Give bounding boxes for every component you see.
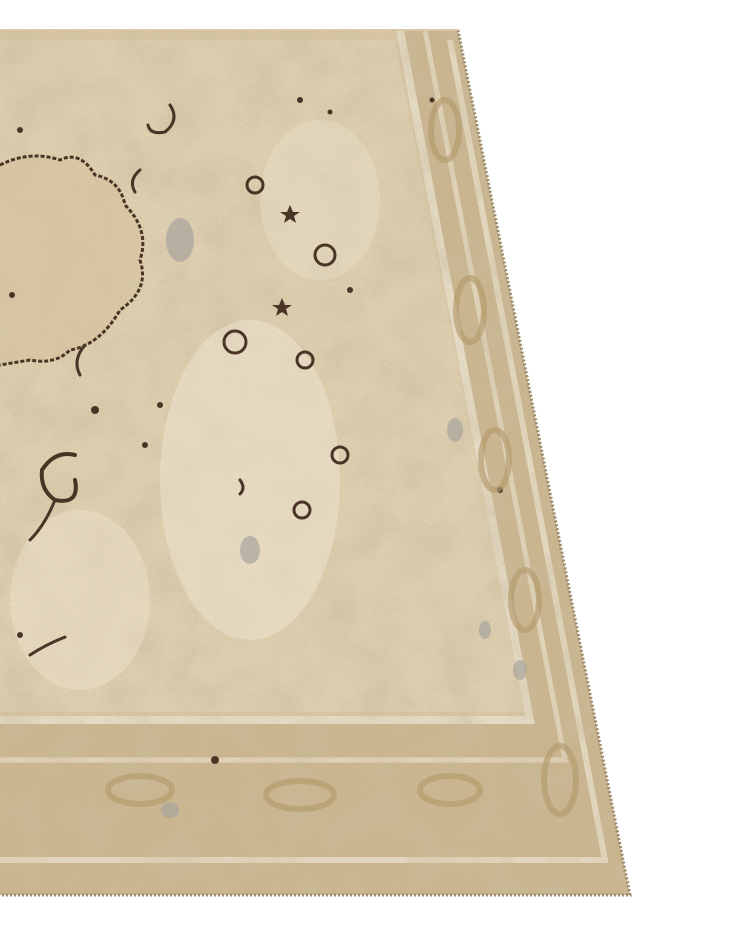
rug-illustration <box>0 0 736 946</box>
rug-photo <box>0 0 736 946</box>
